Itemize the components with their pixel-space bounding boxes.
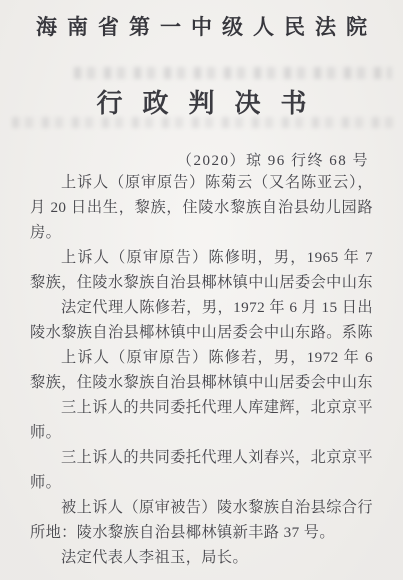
text-line: 黎族，住陵水黎族自治县椰林镇中山居委会中山东路。 [30,370,373,395]
paragraph-appellant-chenxiuruo: 上诉人（原审原告）陈修若，男，1972 年 6 月 15 日出生， 黎族，住陵水… [30,345,373,395]
text-line: 上诉人（原审原告）陈菊云（又名陈亚云），女，1969 年 1 [30,170,373,195]
text-line: 所地：陵水黎族自治县椰林镇新丰路 37 号。 [30,520,373,545]
paragraph-legal-agent-chenxiuruo: 法定代理人陈修若，男，1972 年 6 月 15 日出生，黎族，住 陵水黎族自治… [30,295,373,345]
ink-bleed-through-artifact [74,67,392,79]
document-body: 上诉人（原审原告）陈菊云（又名陈亚云），女，1969 年 1 月 20 日出生，… [30,170,373,570]
ink-bleed-through-artifact [12,117,394,128]
text-line: 法定代理人陈修若，男，1972 年 6 月 15 日出生，黎族，住 [30,295,373,320]
text-line: 法定代表人李祖玉，局长。 [30,545,373,570]
text-line: 上诉人（原审原告）陈修明，男，1965 年 7 月 29 日出生， [30,245,373,270]
paragraph-appellee-enforcement-bureau: 被上诉人（原审被告）陵水黎族自治县综合行政执法局。住 所地：陵水黎族自治县椰林镇… [30,495,373,545]
text-line: 被上诉人（原审被告）陵水黎族自治县综合行政执法局。住 [30,495,373,520]
court-name-heading: 海南省第一中级人民法院 [0,11,403,41]
text-line: 师。 [30,470,373,495]
paragraph-attorney-liuchunxing: 三上诉人的共同委托代理人刘春兴，北京京平律师事务所律 师。 [30,445,373,495]
text-line: 房。 [30,220,373,245]
paragraph-attorney-kujianhui: 三上诉人的共同委托代理人库建辉，北京京平律师事务所律 师。 [30,395,373,445]
paragraph-appellant-chenjuyun: 上诉人（原审原告）陈菊云（又名陈亚云），女，1969 年 1 月 20 日出生，… [30,170,373,245]
text-line: 月 20 日出生，黎族，住陵水黎族自治县幼儿园路电影院宿舍 102 [30,195,373,220]
text-line: 三上诉人的共同委托代理人库建辉，北京京平律师事务所律 [30,395,373,420]
text-line: 三上诉人的共同委托代理人刘春兴，北京京平律师事务所律 [30,445,373,470]
text-line: 黎族，住陵水黎族自治县椰林镇中山居委会中山东路。 [30,270,373,295]
judgment-document-page: 海南省第一中级人民法院 行政判决书 （2020）琼 96 行终 68 号 上诉人… [0,0,403,580]
paragraph-appellant-chenxiuming: 上诉人（原审原告）陈修明，男，1965 年 7 月 29 日出生， 黎族，住陵水… [30,245,373,295]
text-line: 师。 [30,420,373,445]
text-line: 陵水黎族自治县椰林镇中山居委会中山东路。系陈修明的弟弟。 [30,320,373,345]
document-title: 行政判决书 [0,83,403,120]
paragraph-legal-representative-lizuyu: 法定代表人李祖玉，局长。 [30,545,373,570]
case-number: （2020）琼 96 行终 68 号 [177,149,369,170]
text-line: 上诉人（原审原告）陈修若，男，1972 年 6 月 15 日出生， [30,345,373,370]
